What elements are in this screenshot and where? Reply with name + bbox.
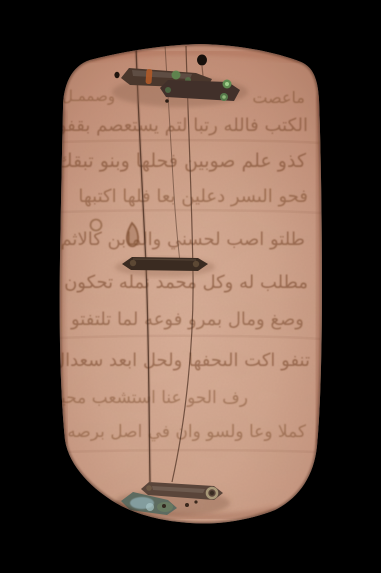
rivet [130,260,136,266]
nail-hole [185,503,189,507]
nail-hole [194,500,197,503]
rivet-glint [222,95,226,99]
middle-metal-plate [115,257,215,277]
script-line: طلتو اصب لحسني والمابن كالاثم [60,229,305,250]
script-line: تنفو اكت الىحفها ولحل ابعد سعدال [52,350,310,371]
script-line: وصغ ومال بمرو فوعه لما تلتفتو [70,309,304,330]
rivet [162,504,166,508]
rivet [210,491,214,495]
script-line: كذو علم صوبين فحلها وبنو تبقك [57,150,307,172]
script-line: ماعصت [252,88,305,107]
rivet [146,485,152,491]
script-line: فحو الىسر دعلين بعا فلها اكتبها [78,186,308,207]
tablet-scene: وصممـل ماعصت الكتب فالله رتبا لتم يستعصم… [0,0,381,573]
patina-spot [146,503,154,511]
rivet [193,261,199,267]
patina-spot [172,71,181,80]
script-line: وصممـل [62,87,115,105]
rivet [165,87,171,93]
nail-hole [165,99,169,103]
nail-hole [197,55,207,66]
script-line: كملا وعا ولسو وان في اصل برصه قطعا [26,422,307,442]
rivet-glint [225,82,229,86]
artifact-photo: وصممـل ماعصت الكتب فالله رتبا لتم يستعصم… [0,0,381,573]
script-line: الكتب فالله رتبا لتم يستعصم بقفوا [53,115,308,136]
rust-spot [145,69,152,84]
nail-hole [114,72,119,78]
